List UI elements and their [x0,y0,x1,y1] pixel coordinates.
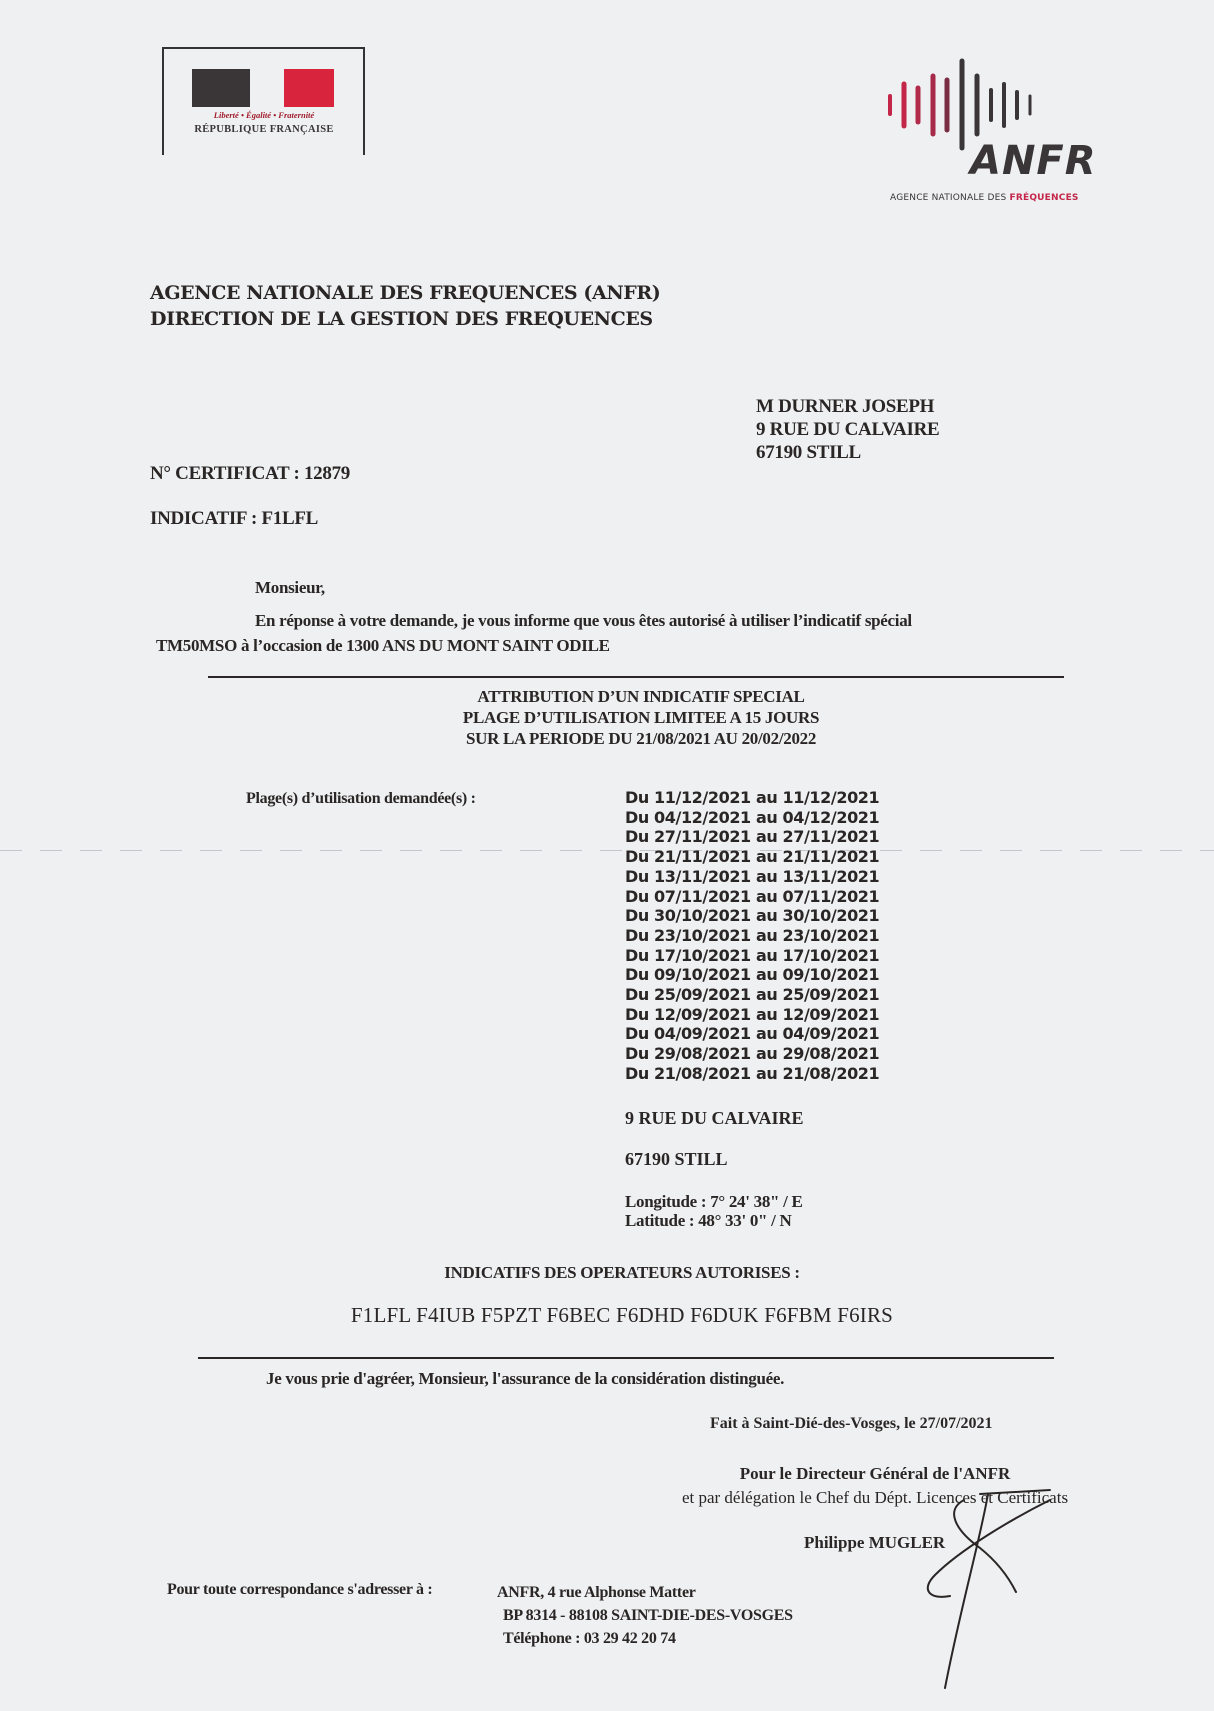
date-range-item: Du 13/11/2021 au 13/11/2021 [625,867,879,887]
republic-motto: Liberté • Égalité • Fraternité [174,110,354,120]
republic-name: RÉPUBLIQUE FRANÇAISE [174,124,354,135]
coordinates: Longitude : 7° 24' 38" / E Latitude : 48… [625,1192,803,1230]
date-ranges-list: Du 11/12/2021 au 11/12/2021Du 04/12/2021… [625,788,879,1084]
divider-top [208,676,1064,678]
republique-francaise-logo: Liberté • Égalité • Fraternité RÉPUBLIQU… [162,47,365,155]
attribution-title: ATTRIBUTION D’UN INDICATIF SPECIAL PLAGE… [210,686,1072,749]
marianne-blue-block [192,69,250,107]
date-range-item: Du 17/10/2021 au 17/10/2021 [625,946,879,966]
certificate-number: N° CERTIFICAT : 12879 [150,463,350,485]
ranges-label: Plage(s) d’utilisation demandée(s) : [246,790,476,808]
recipient-city: 67190 STILL [756,442,861,464]
anfr-subtitle-highlight: FRÉQUENCES [1010,193,1079,203]
closing-formula: Je vous prie d'agréer, Monsieur, l'assur… [266,1369,784,1389]
footer-address-2: BP 8314 - 88108 SAINT-DIE-DES-VOSGES [497,1604,793,1627]
salutation: Monsieur, [255,578,325,598]
anfr-subtitle: AGENCE NATIONALE DES FRÉQUENCES [890,193,1079,203]
date-range-item: Du 04/09/2021 au 04/09/2021 [625,1024,879,1044]
attribution-title-2: PLAGE D’UTILISATION LIMITEE A 15 JOURS [210,707,1072,728]
date-range-item: Du 12/09/2021 au 12/09/2021 [625,1005,879,1025]
attribution-title-3: SUR LA PERIODE DU 21/08/2021 AU 20/02/20… [210,728,1072,749]
recipient-name: M DURNER JOSEPH [756,396,934,418]
recipient-street: 9 RUE DU CALVAIRE [756,419,939,441]
scan-artifact-line [0,850,1214,851]
agency-direction: DIRECTION DE LA GESTION DES FREQUENCES [150,308,653,330]
marianne-red-block [284,69,334,107]
date-range-item: Du 04/12/2021 au 04/12/2021 [625,808,879,828]
place-date: Fait à Saint-Dié-des-Vosges, le 27/07/20… [710,1415,993,1433]
date-range-item: Du 29/08/2021 au 29/08/2021 [625,1044,879,1064]
date-range-item: Du 25/09/2021 au 25/09/2021 [625,985,879,1005]
body-line-1: En réponse à votre demande, je vous info… [255,611,912,631]
date-range-item: Du 09/10/2021 au 09/10/2021 [625,965,879,985]
date-range-item: Du 21/08/2021 au 21/08/2021 [625,1064,879,1084]
divider-bottom [198,1357,1054,1359]
location-street: 9 RUE DU CALVAIRE [625,1108,804,1129]
operators-label: INDICATIFS DES OPERATEURS AUTORISES : [0,1263,1214,1283]
anfr-wordmark: ANFR [970,138,1097,184]
date-range-item: Du 30/10/2021 au 30/10/2021 [625,906,879,926]
footer-address: ANFR, 4 rue Alphonse Matter BP 8314 - 88… [497,1581,793,1650]
attribution-title-1: ATTRIBUTION D’UN INDICATIF SPECIAL [210,686,1072,707]
latitude: Latitude : 48° 33' 0" / N [625,1211,803,1230]
location-city: 67190 STILL [625,1149,728,1170]
date-range-item: Du 07/11/2021 au 07/11/2021 [625,887,879,907]
anfr-subtitle-prefix: AGENCE NATIONALE DES [890,193,1010,203]
date-range-item: Du 23/10/2021 au 23/10/2021 [625,926,879,946]
date-range-item: Du 27/11/2021 au 27/11/2021 [625,827,879,847]
agency-name: AGENCE NATIONALE DES FREQUENCES (ANFR) [150,282,660,304]
footer-phone: Téléphone : 03 29 42 20 74 [497,1627,793,1650]
date-range-item: Du 21/11/2021 au 21/11/2021 [625,847,879,867]
callsign: INDICATIF : F1LFL [150,508,318,530]
footer-address-1: ANFR, 4 rue Alphonse Matter [497,1581,793,1604]
body-line-2: TM50MSO à l’occasion de 1300 ANS DU MONT… [156,636,610,656]
longitude: Longitude : 7° 24' 38" / E [625,1192,803,1211]
footer-label: Pour toute correspondance s'adresser à : [167,1581,432,1599]
date-range-item: Du 11/12/2021 au 11/12/2021 [625,788,879,808]
handwritten-signature-icon [900,1460,1160,1710]
operators-callsigns: F1LFL F4IUB F5PZT F6BEC F6DHD F6DUK F6FB… [0,1303,1214,1328]
